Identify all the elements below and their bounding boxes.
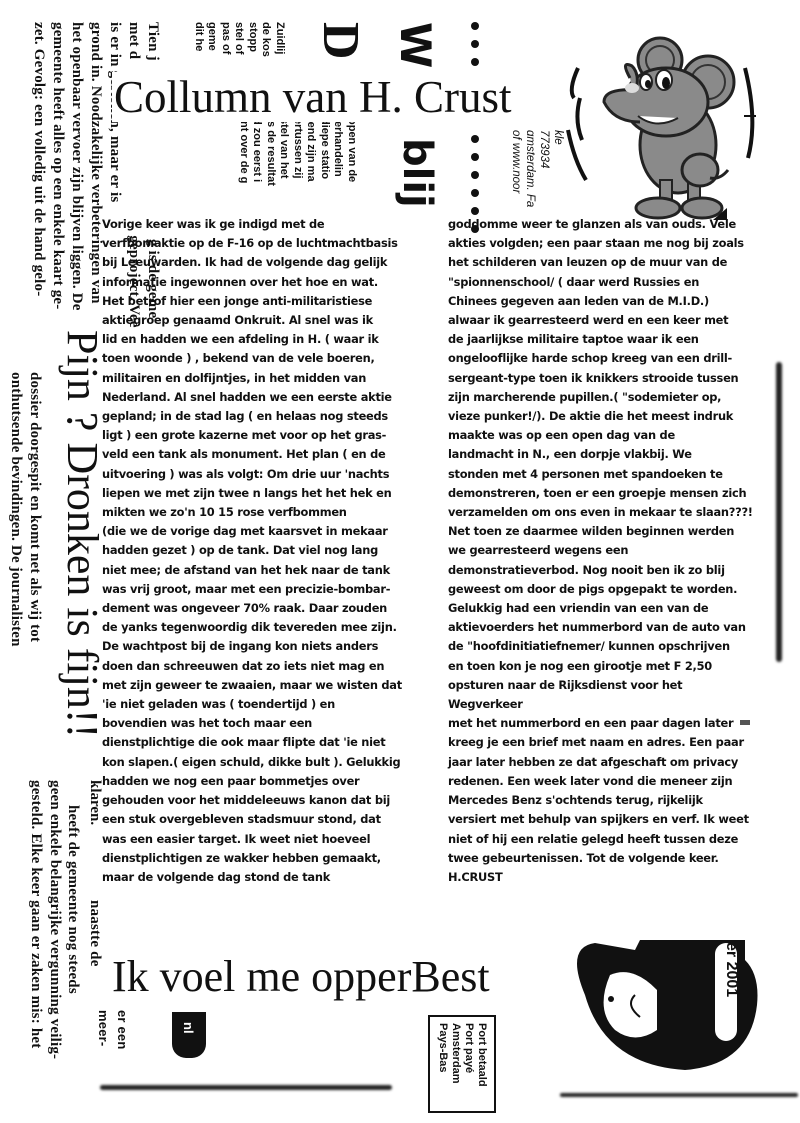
column-right: goddomme weer te glanzen als van ouds. V… <box>448 215 753 887</box>
text-line: doen dan schreeuwen dat zo iets niet mag… <box>102 657 402 676</box>
clip-text: Tien j <box>143 22 162 61</box>
text-line: aktiegroep genaamd Onkruit. Al snel was … <box>102 311 402 330</box>
text-line: (die we de vorige dag met kaarsvet in me… <box>102 522 402 541</box>
text-line: informatie ingewonnen over het hoe en wa… <box>102 273 402 292</box>
date-text: er 2001 <box>723 942 740 997</box>
text-line: was een easier target. Ik weet niet hoev… <box>102 830 402 849</box>
stray-clip-klaren: klaren. <box>86 780 103 825</box>
text-line: redenen. Een week later vond die meneer … <box>448 772 753 791</box>
date-fragment: er 2001 <box>722 942 740 997</box>
text-line: en toen kon je nog een girootje met F 2,… <box>448 657 753 676</box>
clip-line: stopp <box>246 22 260 57</box>
clip-text: D <box>312 22 369 60</box>
left-clipping-stray: naastte de <box>85 900 104 967</box>
black-cat-silhouette-icon <box>545 935 775 1075</box>
text-line: alwaar ik gearresteerd werd en een keer … <box>448 311 753 330</box>
text-line: goddomme weer te glanzen als van ouds. V… <box>448 215 753 234</box>
text-line: H.CRUST <box>448 868 753 887</box>
text-line: Net toen ze daarmee wilden beginnen werd… <box>448 522 753 541</box>
text-line: dement was ongeveer 70% raak. Daar zoude… <box>102 599 402 618</box>
text-line: Wegverkeer <box>448 695 753 714</box>
clip-line: heeft de gemeente nog steeds <box>63 805 82 994</box>
clip-line: de kos <box>259 22 273 57</box>
text-line: Nederland. Al snel hadden we een eerste … <box>102 388 402 407</box>
text-line: gehouden voor het middeleeuws kanon dat … <box>102 791 402 810</box>
text-line: de jaarlijkse militaire taptoe waar ik e… <box>448 330 753 349</box>
text-line: aktievoerders het nummerbord van de auto… <box>448 618 753 637</box>
scan-smudge-right <box>776 362 782 662</box>
clip-line: lerhandelin <box>331 118 345 186</box>
clip-line: meer- <box>94 1010 113 1050</box>
clip-line: ertussen zij <box>291 118 305 186</box>
text-line: was vrij groot, maar met een precizie-bo… <box>102 580 402 599</box>
clip-line: tend zijn ma <box>304 118 318 186</box>
rotated-headline: Pijn ? Dronken is fijn!! <box>60 330 104 738</box>
text-line: de "hoofdinitiatiefnemer/ kunnen opschri… <box>448 637 753 656</box>
stamp-line: Port betaald <box>475 1023 488 1087</box>
clip-text: W <box>391 22 440 68</box>
clip-text: met d <box>124 22 143 59</box>
bottom-headline-text: Ik voel me opperBest <box>112 952 490 1001</box>
text-line: militairen en dolfijntjes, in het midden… <box>102 369 402 388</box>
rotated-initial-d: D <box>311 22 370 60</box>
page-title: Collumn van H. Crust <box>112 75 514 120</box>
bottom-headline: Ik voel me opperBest <box>112 955 490 999</box>
text-line: hadden we nog een paar bommetjes over <box>102 772 402 791</box>
text-line: maakte was op een open dag van de <box>448 426 753 445</box>
text-line: maar de volgende dag stond de tank <box>102 868 402 887</box>
clip-line: onthutsende bevindingen. De journalisten <box>6 372 25 647</box>
text-line: kon slapen.( eigen schuld, dikke bult ).… <box>102 753 402 772</box>
clip-line: stel of <box>232 22 246 57</box>
ptt-post-logo-icon: nl <box>172 1012 206 1058</box>
stamp-line: Port payé <box>462 1023 475 1087</box>
text-line: ongelooflijke harde schop kreeg van een … <box>448 349 753 368</box>
left-clipping-lower-b: heeft de gemeente nog steeds <box>63 805 82 994</box>
clip-line: Zuidlij <box>273 22 287 57</box>
stamp-line: Pays-Bas <box>436 1023 449 1087</box>
logo-text: nl <box>181 1022 196 1034</box>
text-line: niet mee; de afstand van het hek naar de… <box>102 561 402 580</box>
clip-line: gesteld. Elke keer gaan er zaken mis: he… <box>26 780 45 1059</box>
text-line: we gearresteerd wegens een <box>448 541 753 560</box>
text-line: bij Leeuwarden. Ik had de volgende dag g… <box>102 253 402 272</box>
text-line: landmacht in N., een dorpje vlakbij. We <box>448 445 753 464</box>
stamp-line: Amsterdam <box>449 1023 462 1087</box>
text-line: zijn marcherende pupillen.( "sodemieter … <box>448 388 753 407</box>
clip-text: blij <box>394 138 440 208</box>
top-clipping-left: Zuidlij de kos stopp stel of pas of geme… <box>192 22 287 57</box>
text-line: geweest om door de pigs opgepakt te word… <box>448 580 753 599</box>
clip-line: d zou eerst i <box>250 118 264 186</box>
postage-paid-stamp: Port betaald Port payé Amsterdam Pays-Ba… <box>428 1015 496 1113</box>
text-line: mikten we zo'n 10 15 rose verfbommen <box>102 503 402 522</box>
text-line: liepen we met zijn twee n langs het het … <box>102 484 402 503</box>
text-line: "spionnenschool/ ( daar werd Russies en <box>448 273 753 292</box>
scan-smudge-bottom-right <box>560 1093 798 1097</box>
text-line: een stuk overgebleven stadsmuur stond, d… <box>102 810 402 829</box>
text-line: sergeant-type toen ik knikkers strooide … <box>448 369 753 388</box>
text-line: veld een tank als monument. Het plan ( e… <box>102 445 402 464</box>
text-line: uitvoering ) was als volgt: Om drie uur … <box>102 465 402 484</box>
text-line: niet of hij een relatie gelegd heeft tus… <box>448 830 753 849</box>
text-line: ligt ) een grote kazerne met voor op het… <box>102 426 402 445</box>
text-line: demonstratieverbod. Nog nooit ben ik zo … <box>448 561 753 580</box>
text-line: akties volgden; een paar staan me nog bi… <box>448 234 753 253</box>
text-line: bovendien was het toch maar een <box>102 714 402 733</box>
column-left: Vorige keer was ik ge indigd met de verf… <box>102 215 402 887</box>
clip-line: dit he <box>192 22 206 57</box>
clip-line: geme <box>205 22 219 57</box>
clip-line: stel van het <box>277 118 291 186</box>
cartoon-mouse-icon <box>560 30 760 220</box>
text-line: 'ie niet geladen was ( toendertijd ) en <box>102 695 402 714</box>
text-line: twee gebeurtenissen. Tot de volgende kee… <box>448 849 753 868</box>
clip-line: int over de g <box>237 118 251 186</box>
top-clipping-right: open van de lerhandelin diepe statio ten… <box>237 118 359 186</box>
page-title-text: Collumn van H. Crust <box>112 72 514 122</box>
contact-line: of www.noor <box>509 130 523 207</box>
clip-line: open van de <box>345 118 359 186</box>
text-line: de yanks tegenwoordig dik tevereden mee … <box>102 618 402 637</box>
text-line: met het nummerbord en een paar dagen lat… <box>448 714 753 733</box>
scan-smudge-bottom-left <box>100 1085 392 1090</box>
text-line: het schilderen van leuzen op de muur van… <box>448 253 753 272</box>
left-clipping-small: er een meer- <box>94 1010 132 1050</box>
text-line: verzamelden om ons even in mekaar te sla… <box>448 503 753 522</box>
text-line: lid en hadden we een afdeling in H. ( wa… <box>102 330 402 349</box>
clip-line: het openbaar vervoer zijn blijven liggen… <box>67 22 86 328</box>
rotated-word-w: W <box>391 22 440 68</box>
stamp-text: Port betaald Port payé Amsterdam Pays-Ba… <box>436 1023 488 1087</box>
contact-info: kle 773934 ɑmsterdam. Fa of www.noor <box>509 130 565 207</box>
clip-line: is de resultat <box>264 118 278 186</box>
left-clipping-lower-c: geen enkele belangrijke vergunning veili… <box>26 780 64 1059</box>
text-line: met zijn geweer te zwaaien, maar we wist… <box>102 676 402 695</box>
clip-line: naastte de <box>85 900 104 967</box>
small-mark <box>740 720 750 725</box>
rotated-word-blij: blij <box>394 138 440 208</box>
contact-line: 773934 <box>537 130 551 207</box>
text-line: verfbomaktie op de F-16 op de luchtmacht… <box>102 234 402 253</box>
clip-line: pas of <box>219 22 233 57</box>
text-line: Gelukkig had een vriendin van een van de <box>448 599 753 618</box>
text-line: Mercedes Benz s'ochtends terug, rijkelij… <box>448 791 753 810</box>
text-line: gepland; in de stad lag ( en helaas nog … <box>102 407 402 426</box>
text-line: kreeg je een brief met naam en adres. Ee… <box>448 733 753 752</box>
contact-line: ɑmsterdam. Fa <box>523 130 537 207</box>
text-line: versiert met behulp van spijkers en verf… <box>448 810 753 829</box>
clip-line: geen enkele belangrijke vergunning veili… <box>45 780 64 1059</box>
text-line: opsturen naar de Rijksdienst voor het <box>448 676 753 695</box>
dotted-divider-top <box>471 22 479 76</box>
text-line: vieze punker!/). De aktie die het meest … <box>448 407 753 426</box>
clip-line: gemeente heeft alles op een enkele kaart… <box>48 22 67 328</box>
clip-text: klaren. <box>87 780 103 825</box>
text-line: De wachtpost bij de ingang kon niets and… <box>102 637 402 656</box>
text-line: demonstreren, toen er een groepje mensen… <box>448 484 753 503</box>
clip-line: er een <box>113 1010 132 1050</box>
rotated-headline-text: Pijn ? Dronken is fijn!! <box>58 330 107 738</box>
text-line: toen woonde ) , bekend van de vele boere… <box>102 349 402 368</box>
clip-line: diepe statio <box>318 118 332 186</box>
clip-line: zet. Gevolg: een volledig uit de hand ge… <box>29 22 48 328</box>
text-line: dienstplichtigen ze wakker hebben gemaak… <box>102 849 402 868</box>
text-line: Het betrof hier een jonge anti-militaris… <box>102 292 402 311</box>
left-clipping-lower-a: dossier doorgespit en komt net als wij t… <box>6 372 44 647</box>
clip-line: dossier doorgespit en komt net als wij t… <box>25 372 44 647</box>
text-line: dienstplichtige die ook maar flipte dat … <box>102 733 402 752</box>
text-line: jaar later hebben ze dat afgeschaft om p… <box>448 753 753 772</box>
text-line: Chinees gegeven aan leden van de M.I.D.) <box>448 292 753 311</box>
text-line: Vorige keer was ik ge indigd met de <box>102 215 402 234</box>
text-line: stonden met 4 personen met spandoeken te <box>448 465 753 484</box>
text-line: hadden gezet ) op de tank. Dat viel nog … <box>102 541 402 560</box>
